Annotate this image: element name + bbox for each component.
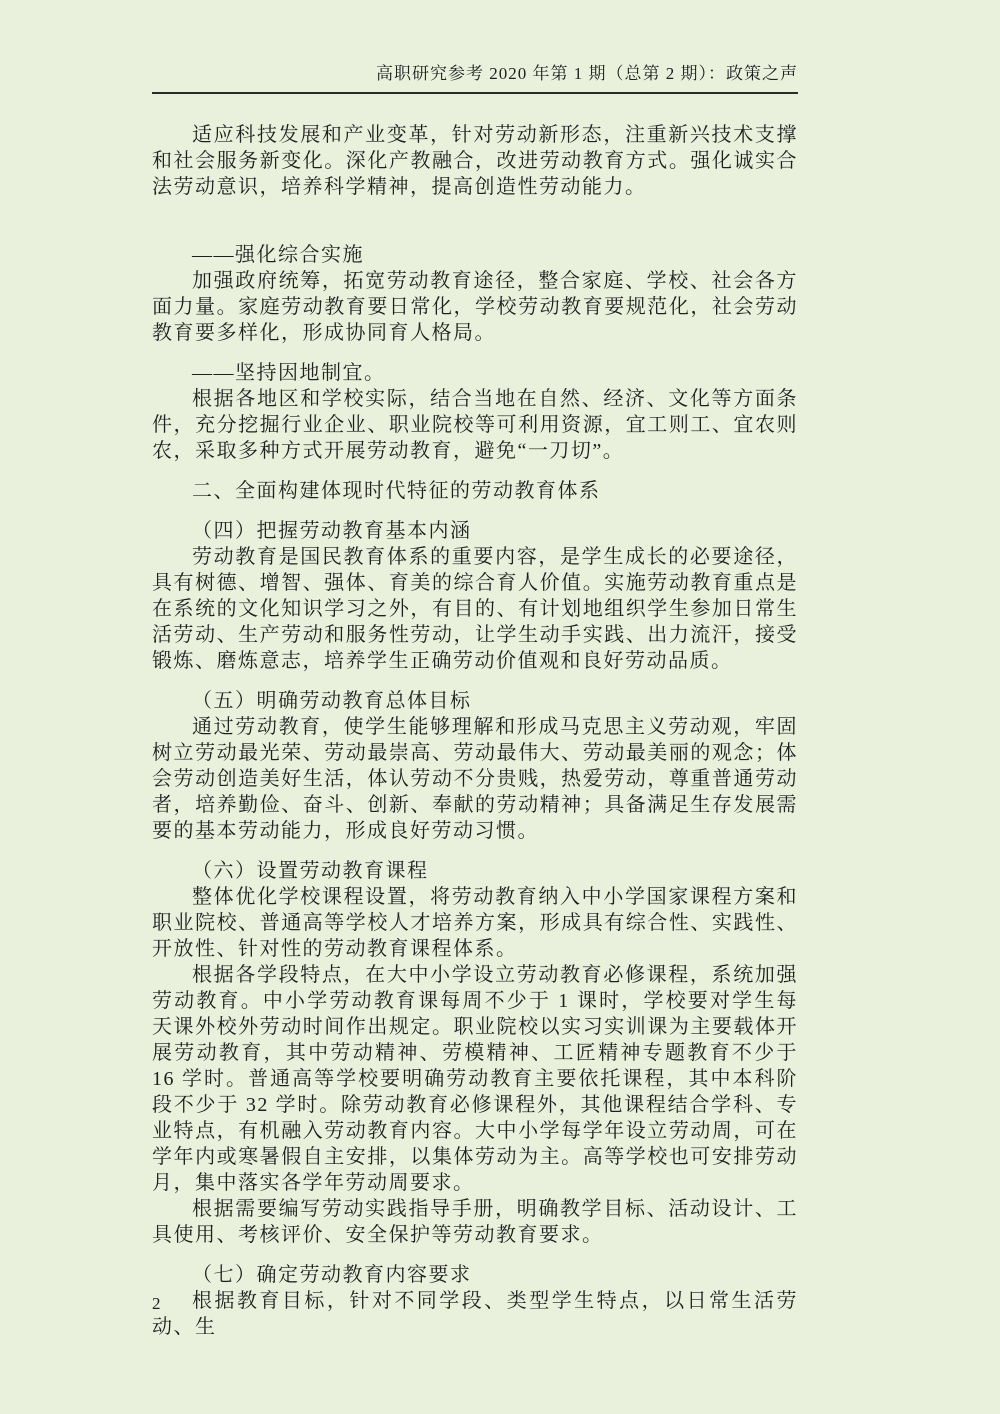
section-heading: （六）设置劳动教育课程: [152, 858, 798, 884]
page-content: 高职研究参考 2020 年第 1 期（总第 2 期）：政策之声 适应科技发展和产…: [152, 0, 798, 1340]
running-head: 高职研究参考 2020 年第 1 期（总第 2 期）：政策之声: [152, 62, 798, 94]
paragraph: 根据教育目标，针对不同学段、类型学生特点，以日常生活劳动、生: [152, 1288, 798, 1340]
paragraph: 根据需要编写劳动实践指导手册，明确教学目标、活动设计、工具使用、考核评价、安全保…: [152, 1196, 798, 1248]
paragraph: 适应科技发展和产业变革，针对劳动新形态，注重新兴技术支撑和社会服务新变化。深化产…: [152, 122, 798, 200]
section-heading: （七）确定劳动教育内容要求: [152, 1262, 798, 1288]
section-heading: （四）把握劳动教育基本内涵: [152, 518, 798, 544]
paragraph: 通过劳动教育，使学生能够理解和形成马克思主义劳动观，牢固树立劳动最光荣、劳动最崇…: [152, 714, 798, 844]
document-page: 高职研究参考 2020 年第 1 期（总第 2 期）：政策之声 适应科技发展和产…: [0, 0, 1000, 1414]
section-heading: 二、全面构建体现时代特征的劳动教育体系: [152, 478, 798, 504]
paragraph: 整体优化学校课程设置，将劳动教育纳入中小学国家课程方案和职业院校、普通高等学校人…: [152, 884, 798, 962]
paragraph: 根据各地区和学校实际，结合当地在自然、经济、文化等方面条件，充分挖掘行业企业、职…: [152, 386, 798, 464]
paragraph: 劳动教育是国民教育体系的重要内容，是学生成长的必要途径，具有树德、增智、强体、育…: [152, 544, 798, 674]
section-heading: ——坚持因地制宜。: [152, 360, 798, 386]
section-heading: （五）明确劳动教育总体目标: [152, 688, 798, 714]
page-number: 2: [152, 1294, 161, 1314]
paragraph: 根据各学段特点，在大中小学设立劳动教育必修课程，系统加强劳动教育。中小学劳动教育…: [152, 962, 798, 1196]
section-heading: ——强化综合实施: [152, 242, 798, 268]
paragraph: 加强政府统筹，拓宽劳动教育途径，整合家庭、学校、社会各方面力量。家庭劳动教育要日…: [152, 268, 798, 346]
